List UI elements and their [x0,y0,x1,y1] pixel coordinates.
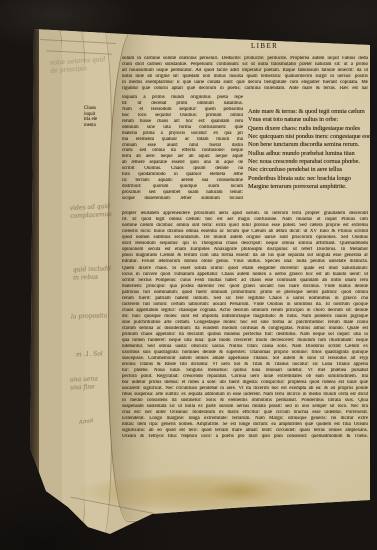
handwritten-annotation: m .1. Sol [76,351,103,359]
handwriting-line: una fine [70,383,98,391]
commentary-line: riguntur quæ coturni aptari quæ decorum … [122,86,368,92]
underlying-leaf-edge [39,26,64,540]
verse-line: Margine terrarum porrexerat amphitrite. [248,183,370,191]
ovid-verse-block: Ante mare & terras: & quod tegit omnia c… [248,108,370,191]
paper-stain [205,480,275,502]
handwritten-annotation: la proposita [71,312,107,321]
commentary-line: tit: ut decebat primi omnium natalibus. [122,101,243,107]
verse-line: Nec circunfuso pendebat in aere tellus [248,166,370,174]
verse-line: Nec quicquam nisi pondus iners: congesta… [248,133,370,141]
commentary-line: rerum fuisse chaos ait: hoc est: quandam… [122,119,243,125]
verse-line: Ponderibus librata suis: nec brachia lon… [248,175,370,183]
verse-line: Quem dixere chaos: rudis indigestaque mo… [248,125,370,133]
verse-line: Nullus adhuc mundo præbebat lumina titan [248,150,370,158]
two-column-section: inquam a primis mundi originibus poeta r… [122,95,368,213]
underlying-leaf-edge [62,26,87,540]
commentary-line: Nam et Hesiodum sequitur: quem potissimū [122,107,243,113]
handwriting-line: la proposita [71,312,107,321]
printed-margin-note: Chaosinquittria elementa [84,106,119,129]
photographed-book-page: LIBER solum in carmine solutæ orationis … [0,0,377,550]
commentary-line: omnium sine ulla forma confusionem: quæ [122,125,243,131]
commentary-line: materia prima a physicis uocatur: ex qua… [122,131,243,137]
handwritten-annotation: una uenauna fine [70,376,99,392]
margin-note-line: menta [84,123,119,129]
handwritten-annotation: vides ad quidcomplacemus [70,203,112,220]
commentary-main-paragraph: Quem dixere chaos. Si esset soluta orati… [122,266,368,440]
commentary-line: bitratur. Ferunt æternorum domos omne ge… [122,259,368,265]
commentary-line: sicque disserentiam: æther summum locaui… [122,196,243,202]
handwriting-line: quid includit [73,265,112,274]
commentary-mid-paragraph: propter leuitatem apprehendere proximum … [122,211,368,265]
handwriting-line: in rebus [73,273,112,282]
running-header: LIBER [251,42,278,50]
verse-line: Non bene iunctarum discordia semina reru… [248,141,370,149]
commentary-line: Oceani & Tethyos filia: Neptuni uxor: a … [122,434,368,440]
commentary-left-column: inquam a primis mundi originibus poeta r… [122,95,243,202]
commentary-line: ma elementa quatuor ac totam mundi ma [122,137,243,143]
handwriting-line: m .1. Sol [76,351,103,359]
verse-line: Vnus erat toto naturæ uultus in orbe: [248,116,370,124]
book-block: LIBER solum in carmine solutæ orationis … [0,0,377,550]
verse-line: Ante mare & terras: & quod tegit omnia c… [248,108,370,116]
commentary-line: hoc loco sequitur Ouidius: primum omniū [122,113,243,119]
commentary-intro-paragraph: solum in carmine solutæ orationis peruen… [122,56,368,92]
handwritten-annotation: quid includitin rebus [73,265,112,281]
